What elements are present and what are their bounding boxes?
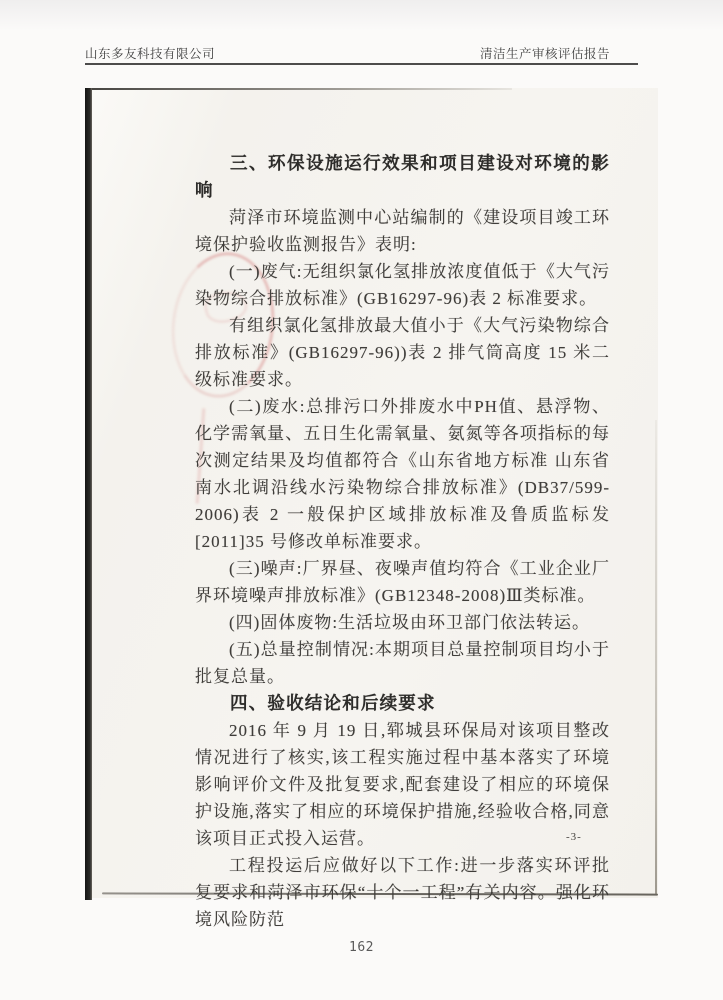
paragraph: (四)固体废物:生活垃圾由环卫部门依法转运。 (195, 609, 610, 636)
paragraph: (一)废气:无组织氯化氢排放浓度值低于《大气污染物综合排放标准》(GB16297… (195, 258, 610, 312)
scan-left-edge (85, 88, 92, 900)
paragraph: 2016 年 9 月 19 日,郓城县环保局对该项目整改情况进行了核实,该工程实… (195, 717, 610, 852)
scan-background-shading (0, 0, 723, 34)
page-number: 162 (0, 940, 723, 955)
paragraph: 菏泽市环境监测中心站编制的《建设项目竣工环境保护验收监测报告》表明: (195, 204, 610, 258)
document-body: 三、环保设施运行效果和项目建设对环境的影响 菏泽市环境监测中心站编制的《建设项目… (195, 150, 610, 933)
paragraph: 工程投运后应做好以下工作:进一步落实环评批复要求和菏泽市环保“十个一工程”有关内… (195, 852, 610, 933)
paragraph: (三)噪声:厂界昼、夜噪声值均符合《工业企业厂界环境噪声排放标准》(GB1234… (195, 555, 610, 609)
scan-page-marker: -3- (566, 831, 582, 843)
section-heading-3: 三、环保设施运行效果和项目建设对环境的影响 (195, 150, 610, 204)
scan-right-edge (655, 420, 657, 894)
paragraph: 有组织氯化氢排放最大值小于《大气污染物综合排放标准》(GB16297-96))表… (195, 312, 610, 393)
header-report-title: 清洁生产审核评估报告 (480, 44, 610, 62)
paragraph: (二)废水:总排污口外排废水中PH值、悬浮物、化学需氧量、五日生化需氧量、氨氮等… (195, 393, 610, 555)
section-heading-4: 四、验收结论和后续要求 (195, 690, 610, 717)
header-rule (85, 63, 638, 65)
header-company-name: 山东多友科技有限公司 (85, 44, 215, 62)
scan-top-edge (92, 88, 512, 90)
scanned-report-page: { "header": { "company": "山东多友科技有限公司", "… (0, 0, 723, 1000)
paragraph: (五)总量控制情况:本期项目总量控制项目均小于批复总量。 (195, 636, 610, 690)
